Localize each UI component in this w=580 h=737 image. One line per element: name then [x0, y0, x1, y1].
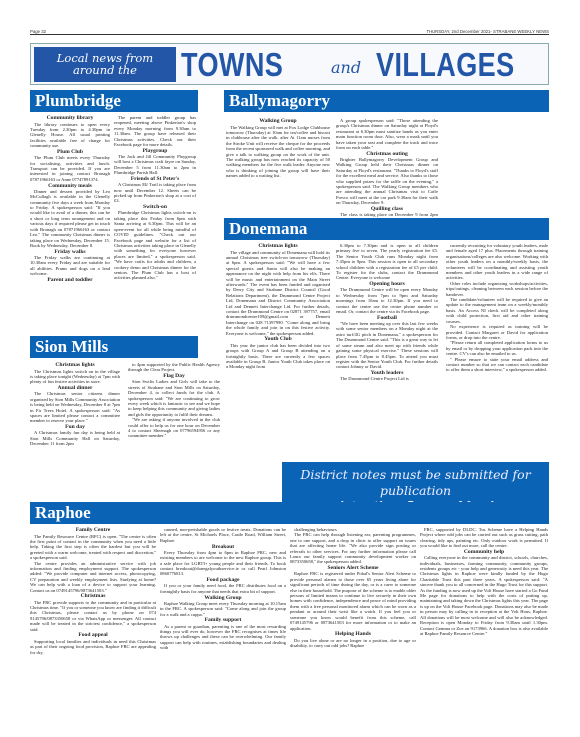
article-body: Do you live alone or are no longer in a …: [290, 638, 416, 649]
dateline: THURSDAY, 2nd December 2021- STRABANE WE…: [426, 29, 549, 34]
donemana-col1: Christmas lightsThe village and communit…: [226, 243, 330, 370]
section-header-sion-mills: Sion Mills: [30, 336, 198, 358]
article-body: "We have been meeting up over this last …: [336, 321, 438, 370]
article-body: Calling everyone in the community and di…: [420, 555, 548, 636]
article-body: The FRC can help through listening ear, …: [290, 532, 416, 564]
article-body: The centre provides an administrative se…: [30, 561, 156, 593]
banner-and: and: [331, 58, 361, 77]
article-body: Brighter Ballymagorry Development Group …: [336, 157, 438, 206]
raphoe-col4: FRC, supported by DLDC. Tus Scheme have …: [420, 527, 548, 636]
article-body: to 4pm supported by the Public Health Ag…: [128, 362, 220, 373]
article-heading: Parent and toddler: [30, 277, 110, 283]
article-body: The Drummond Centre Project Ltd is: [336, 376, 438, 381]
article-body: If you or your family need food, the FRC…: [160, 583, 286, 594]
article-body: As a parent or guardian, parenting is on…: [160, 624, 286, 651]
article-body: The FRC provide supports to the communit…: [30, 600, 156, 632]
article-body: A Christmas family fun day is being held…: [30, 430, 120, 446]
banner-villages: VILLAGES: [376, 46, 515, 84]
page-header: Page 32 THURSDAY, 2nd December 2021- STR…: [30, 29, 549, 35]
article-body: Other roles include organising workshops…: [446, 281, 548, 297]
plumbridge-col2: The parent and toddler group has reopene…: [114, 115, 196, 281]
article-body: The Friday walks are continuing at 10.30…: [30, 255, 110, 277]
article-body: The Christmas lights switch on in the vi…: [30, 369, 120, 385]
article-body: No experience is required as training wi…: [446, 324, 548, 340]
district-notes-notice: District notes must be submitted for pub…: [282, 462, 549, 506]
donemana-col2: 6.30pm to 7.30pm and is open to all chil…: [336, 243, 438, 382]
article-body: This year the junior club has been divid…: [226, 343, 330, 370]
article-body: The Walking Group will met at Fox Lodge …: [226, 125, 330, 179]
article-body: "Please return all completed application…: [446, 340, 548, 356]
page-number: Page 32: [30, 29, 46, 34]
donemana-col3: currently recruiting for voluntary youth…: [446, 243, 548, 373]
article-body: The Drummond Centre will be open every M…: [336, 287, 438, 314]
article-body: "We are asking if anyone involved in the…: [128, 417, 220, 439]
sion-mills-col1: Christmas lightsThe Christmas lights swi…: [30, 362, 120, 447]
towns-villages-banner: Local news from around the TOWNS and VIL…: [30, 43, 549, 85]
sion-mills-col2: to 4pm supported by the Public Health Ag…: [128, 362, 220, 439]
banner-left-box: Local news from around the: [34, 47, 176, 82]
article-body: The parent and toddler group has reopene…: [114, 115, 196, 147]
banner-towns: TOWNS: [181, 46, 283, 84]
article-body: canned, non-perishable goods or festive …: [160, 527, 286, 543]
article-body: The library continues to open every Tues…: [30, 122, 110, 149]
section-header-raphoe: Raphoe: [30, 502, 549, 524]
article-body: The village and community of Donemana wi…: [226, 250, 330, 337]
article-body: currently recruiting for voluntary youth…: [446, 243, 548, 281]
article-body: 6.30pm to 7.30pm and is open to all chil…: [336, 243, 438, 281]
article-body: The Family Resource Centre (RFC) is open…: [30, 534, 156, 561]
ballymagorry-col1: Walking GroupThe Walking Group will met …: [226, 118, 330, 179]
raphoe-col3: challenging behavioursThe FRC can help t…: [290, 527, 416, 648]
article-body: The Christmas senior citizens dinner org…: [30, 391, 120, 423]
banner-line2: around the: [34, 64, 176, 76]
article-body: Sion Swifts Ladies and Girls will take t…: [128, 379, 220, 417]
article-body: Supporting local families and individual…: [30, 639, 156, 655]
article-body: Every Thursday from 4pm to 6pm in Raphoe…: [160, 550, 286, 577]
notice-line1: District notes must be submitted for pub…: [282, 467, 549, 498]
section-header-donemana: Donemana: [224, 218, 549, 240]
article-body: Dinner and dessert provided by Leo McCul…: [30, 189, 110, 248]
article-body: Raphoe Walking Group meet every Thursday…: [160, 601, 286, 617]
article-body: The candidate/volunteer will be required…: [446, 297, 548, 324]
article-body: The Plum Club meets every Thursday for s…: [30, 155, 110, 182]
article-body: The Jack and Jill Community Playgroup wi…: [114, 154, 196, 176]
raphoe-col1: Family CentreThe Family Resource Centre …: [30, 527, 156, 655]
article-body: A group spokesperson said: "Those attend…: [336, 118, 438, 150]
section-header-ballymagorry: Ballymagorry: [224, 90, 549, 112]
raphoe-col2: canned, non-perishable goods or festive …: [160, 527, 286, 651]
section-header-plumbridge: Plumbridge: [30, 90, 198, 112]
plumbridge-col1: Community libraryThe library continues t…: [30, 115, 110, 283]
article-body: FRC, supported by DLDC. Tus Scheme have …: [420, 527, 548, 549]
article-body: A Christmas Elf Trail is taking place fr…: [114, 182, 196, 204]
article-body: Raphoe FRC is registered under Pobal's S…: [290, 571, 416, 630]
article-body: " Please ensure to state your email addr…: [446, 357, 548, 373]
article-body: Plumbridge Christmas lights switch-on is…: [114, 210, 196, 280]
ballymagorry-col2: A group spokesperson said: "Those attend…: [336, 118, 438, 234]
